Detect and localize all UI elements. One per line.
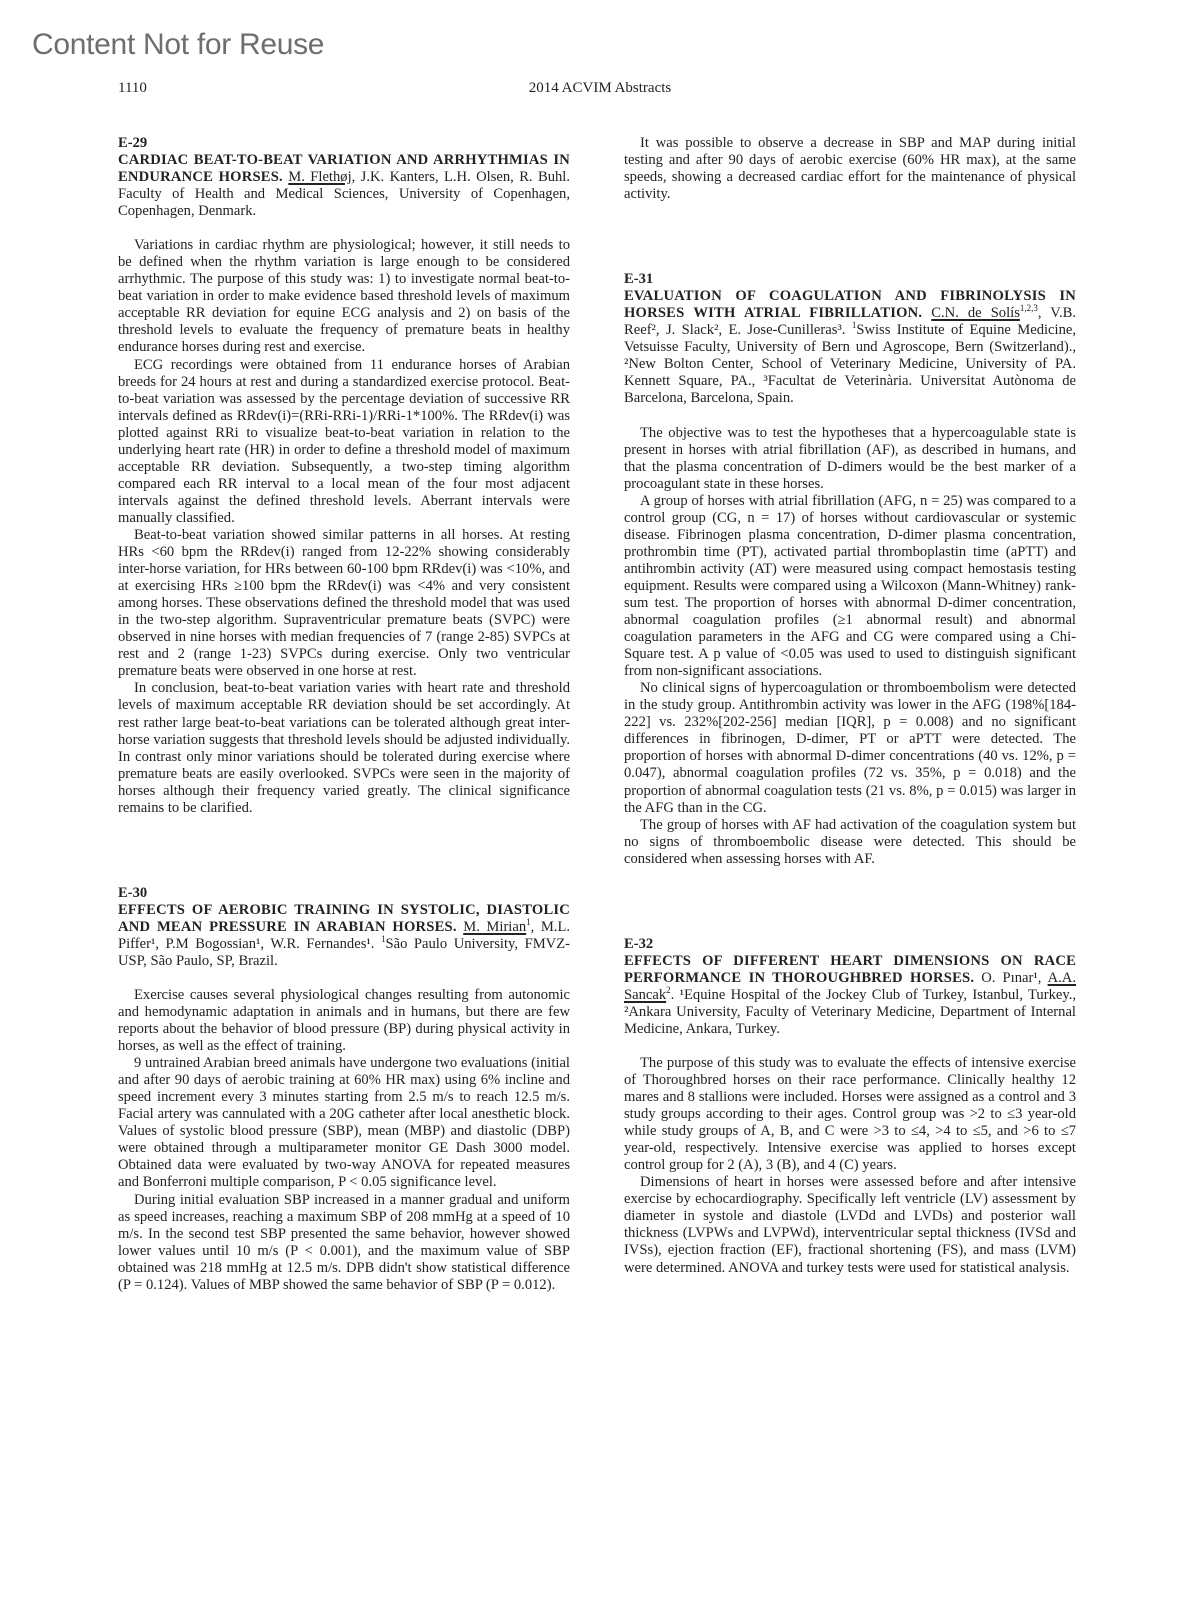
paragraph: A group of horses with atrial fibrillati…: [624, 493, 1076, 681]
abstract-id: E-31: [624, 271, 1076, 288]
section-spacer: [624, 203, 1076, 271]
left-column: E-29 CARDIAC BEAT-TO-BEAT VARIATION AND …: [118, 135, 570, 1294]
presenting-author: M. Mirian: [463, 919, 526, 935]
abstract-header: CARDIAC BEAT-TO-BEAT VARIATION AND ARRHY…: [118, 152, 570, 220]
abstract-header: EFFECTS OF DIFFERENT HEART DIMENSIONS ON…: [624, 953, 1076, 1038]
abstract-e31: E-31 EVALUATION OF COAGULATION AND FIBRI…: [624, 271, 1076, 868]
section-spacer: [118, 817, 570, 885]
affiliation-marker: 2: [666, 985, 671, 995]
paragraph: In conclusion, beat-to-beat variation va…: [118, 680, 570, 816]
presenting-author: M. Flethøj: [288, 169, 351, 185]
paragraph: Beat-to-beat variation showed similar pa…: [118, 527, 570, 680]
first-author: O. Pınar¹,: [981, 970, 1047, 986]
abstract-header: EFFECTS OF AEROBIC TRAINING IN SYSTOLIC,…: [118, 902, 570, 970]
affiliation: ¹Equine Hospital of the Jockey Club of T…: [624, 987, 1076, 1037]
co-authors: , J.K. Kanters, L.H. Olsen, R. Buhl.: [352, 169, 570, 185]
abstract-id: E-32: [624, 936, 1076, 953]
paragraph: The group of horses with AF had activati…: [624, 817, 1076, 868]
paragraph: Dimensions of heart in horses were asses…: [624, 1174, 1076, 1276]
affiliation-marker: 1,2,3: [1020, 303, 1038, 313]
running-head: 2014 ACVIM Abstracts: [0, 80, 1200, 97]
abstract-e29: E-29 CARDIAC BEAT-TO-BEAT VARIATION AND …: [118, 135, 570, 817]
abstract-e30: E-30 EFFECTS OF AEROBIC TRAINING IN SYST…: [118, 885, 570, 1294]
watermark: Content Not for Reuse: [32, 28, 324, 62]
abstract-id: E-30: [118, 885, 570, 902]
paragraph: ECG recordings were obtained from 11 end…: [118, 357, 570, 527]
abstract-header: EVALUATION OF COAGULATION AND FIBRINOLYS…: [624, 288, 1076, 407]
section-spacer: [624, 868, 1076, 936]
right-column: It was possible to observe a decrease in…: [624, 135, 1076, 1277]
paragraph: No clinical signs of hypercoagulation or…: [624, 680, 1076, 816]
paragraph: 9 untrained Arabian breed animals have u…: [118, 1055, 570, 1191]
paragraph: During initial evaluation SBP increased …: [118, 1192, 570, 1294]
paragraph-continued: It was possible to observe a decrease in…: [624, 135, 1076, 203]
paragraph: Variations in cardiac rhythm are physiol…: [118, 237, 570, 356]
affiliation: Faculty of Health and Medical Sciences, …: [118, 186, 570, 219]
presenting-author: C.N. de Solís: [931, 305, 1020, 321]
paragraph: Exercise causes several physiological ch…: [118, 987, 570, 1055]
paragraph: The purpose of this study was to evaluat…: [624, 1055, 1076, 1174]
abstract-e32: E-32 EFFECTS OF DIFFERENT HEART DIMENSIO…: [624, 936, 1076, 1277]
paragraph: The objective was to test the hypotheses…: [624, 425, 1076, 493]
abstract-id: E-29: [118, 135, 570, 152]
